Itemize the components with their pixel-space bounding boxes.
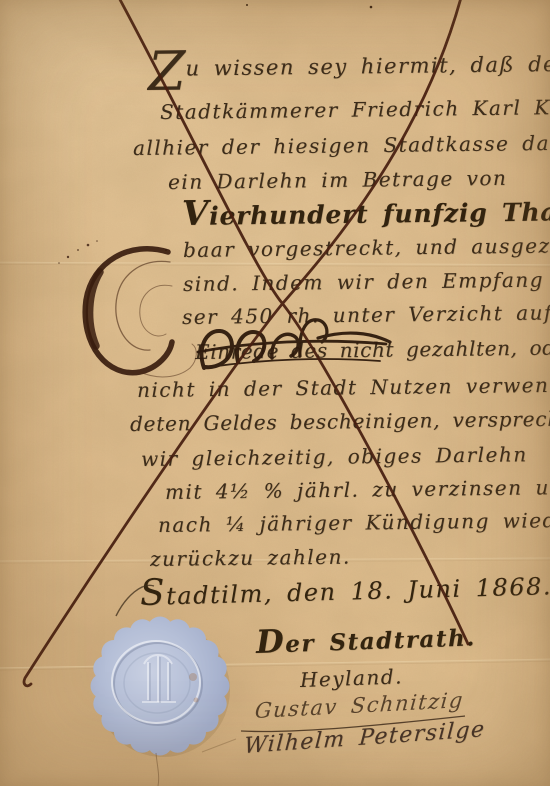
document-line: nicht in der Stadt Nutzen verwen- [137, 372, 550, 403]
document-line: Stadtkämmerer Friedrich Karl Knabe [160, 94, 550, 125]
amount-line: Vierhundert funfzig Thalern pl. [182, 195, 550, 230]
document-line: sind. Indem wir den Empfang die- [183, 266, 550, 297]
document-line: baar vorgestreckt, und ausgezahlt [183, 232, 550, 263]
document-line: ein Darlehn im Betrage von [168, 165, 508, 195]
signature-gustav-schnitzig: Gustav Schnitzig [254, 687, 465, 724]
document-page: Zu wissen sey hiermit, daß der Herr Stad… [0, 0, 550, 786]
fox-spot [194, 698, 199, 703]
embossed-paper-seal [91, 617, 231, 758]
seal-emboss-motif [142, 655, 176, 702]
document-line: nach ¼ jähriger Kündigung wieder [158, 507, 550, 538]
fox-spot [189, 673, 197, 681]
document-line: allhier der hiesigen Stadtkasse dato [133, 130, 550, 161]
ink-specks [246, 4, 372, 8]
issuer-line: Der Stadtrath. [255, 621, 476, 659]
seal-emboss-oval [112, 641, 202, 725]
interest-line: mit 4½ % jährl. zu verzinsen und [165, 474, 550, 505]
overwritten-line: Einrede des nicht gezahlten, oder [195, 334, 550, 365]
opening-line: Zu wissen sey hiermit, daß der Herr [148, 50, 550, 82]
hairline-mark [202, 739, 236, 752]
date-line: Stadtilm, den 18. Juni 1868. [140, 570, 550, 610]
countersignature: Heyland. [300, 663, 404, 693]
signature-wilhelm-petersilge: Wilhelm Petersilge [243, 717, 486, 760]
document-line: zurückzu zahlen. [150, 544, 351, 572]
document-line: ser 450 rh. unter Verzicht auf die [182, 299, 550, 330]
fold-crease [0, 659, 550, 671]
document-line: wir gleichzeitig, obiges Darlehn [141, 441, 528, 472]
hairline-mark [156, 753, 159, 786]
fold-crease [0, 262, 550, 267]
circular-pen-flourish [58, 240, 196, 377]
document-line: deten Geldes bescheinigen, versprechen [130, 405, 550, 437]
